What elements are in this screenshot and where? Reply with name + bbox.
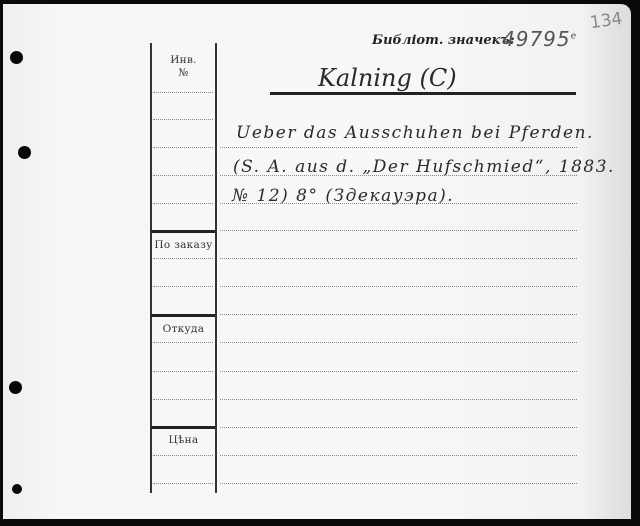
library-mark-suffix: е xyxy=(571,31,578,41)
right-dotted-line xyxy=(220,147,577,148)
inv-label: Инв. xyxy=(152,54,215,66)
right-dotted-line xyxy=(220,399,577,400)
left-dotted-line xyxy=(153,455,213,456)
left-dotted-line xyxy=(153,483,213,484)
separator-order xyxy=(151,230,215,233)
inv-no-label: № xyxy=(152,67,215,79)
punch-hole-top xyxy=(10,51,23,64)
author-underline xyxy=(270,92,576,95)
author-name: Kalning (C) xyxy=(318,64,457,92)
right-dotted-line xyxy=(220,371,577,372)
left-column-border-right xyxy=(215,43,217,493)
right-dotted-line xyxy=(220,230,577,231)
right-dotted-line xyxy=(220,314,577,315)
left-dotted-line xyxy=(153,119,213,120)
source-label: Откуда xyxy=(152,323,215,335)
left-dotted-line xyxy=(153,286,213,287)
price-label: Цѣна xyxy=(152,434,215,446)
library-mark-number: 49795 xyxy=(502,27,571,51)
left-dotted-line xyxy=(153,92,213,93)
left-dotted-line xyxy=(153,203,213,204)
left-dotted-line xyxy=(153,147,213,148)
right-dotted-line xyxy=(220,342,577,343)
right-dotted-line xyxy=(220,483,577,484)
punch-hole-bottom xyxy=(12,484,22,494)
right-dotted-line xyxy=(220,258,577,259)
catalog-card xyxy=(3,4,631,519)
left-dotted-line xyxy=(153,342,213,343)
right-dotted-line xyxy=(220,427,577,428)
title-line-1: Ueber das Ausschuhen bei Pferden. xyxy=(236,123,594,143)
title-line-2: (S. A. aus d. „Der Hufschmied“, 1883. xyxy=(233,157,615,177)
library-mark-label: Библіот. значекъ: xyxy=(372,33,515,48)
punch-hole-lower xyxy=(9,381,22,394)
right-dotted-line xyxy=(220,455,577,456)
title-line-3: № 12) 8° (Здекауэра). xyxy=(232,186,454,206)
punch-hole-middle xyxy=(18,146,31,159)
left-dotted-line xyxy=(153,371,213,372)
separator-source xyxy=(151,314,215,317)
separator-price xyxy=(151,426,215,429)
left-dotted-line xyxy=(153,175,213,176)
left-dotted-line xyxy=(153,258,213,259)
right-dotted-line xyxy=(220,286,577,287)
order-label: По заказу xyxy=(152,239,215,251)
library-mark-value: 49795е xyxy=(502,27,577,51)
left-dotted-line xyxy=(153,399,213,400)
